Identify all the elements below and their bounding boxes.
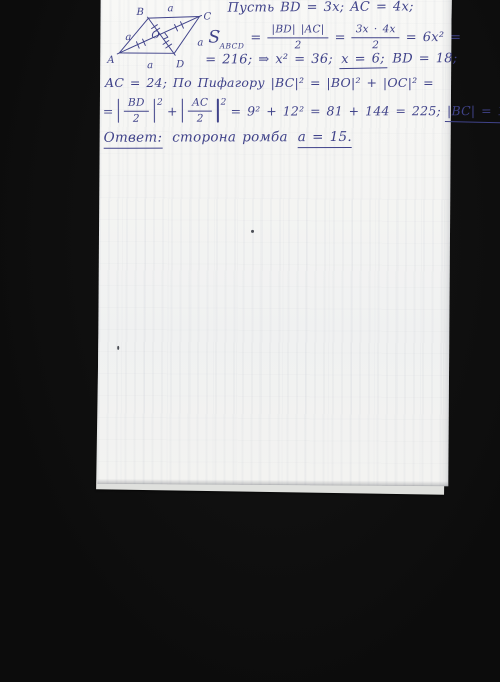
vertex-label-d: D <box>175 59 184 69</box>
equation-part: = 216; ⇒ x² = 36; <box>205 52 333 68</box>
plus-sign: + <box>167 103 178 118</box>
solution-line-computation: = BD 2 2 + AC 2 2 = 9² + 12² = 81 + 144 … <box>103 95 500 126</box>
side-label-left: a <box>125 32 131 43</box>
answer-line: Ответ: сторона ромба a = 15. <box>104 129 352 149</box>
fraction-numerator: 3x · 4x <box>352 24 400 38</box>
center-label-o: O <box>151 30 159 41</box>
abs-bar <box>118 99 119 123</box>
side-label-bottom: a <box>147 60 153 69</box>
area-result: = 6x² = <box>406 30 462 45</box>
exponent-2: 2 <box>221 98 227 108</box>
worksheet-paper: B C A D O a a a a Пусть BD = 3x; AC = 4x… <box>97 0 451 486</box>
fraction-denominator: 2 <box>372 38 379 51</box>
fraction-diagonals: |BD| |AC| 2 <box>268 24 329 50</box>
rhombus-diagram: B C A D O a a a a <box>106 0 212 70</box>
bc-result-underlined: |BC| = 15. <box>447 103 500 118</box>
side-label-top: a <box>168 3 174 14</box>
solution-line-given: Пусть BD = 3x; AC = 4x; <box>228 0 414 16</box>
tick-marks-oc <box>175 22 184 31</box>
fraction-denominator: 2 <box>133 111 140 124</box>
answer-text: сторона ромба <box>172 129 288 145</box>
vertex-label-a: A <box>106 55 114 66</box>
paper-texture <box>97 0 451 486</box>
fraction-denominator: 2 <box>197 111 204 124</box>
prime-mark: ′ <box>218 30 220 40</box>
abs-bar <box>182 99 183 123</box>
area-symbol: S′ABCD <box>208 27 245 47</box>
fraction-ac-half: AC 2 <box>188 98 212 124</box>
fraction-3x4x: 3x · 4x 2 <box>352 24 400 50</box>
solution-line-solve-x: = 216; ⇒ x² = 36; x = 6; BD = 18; <box>205 51 457 69</box>
exponent-2: 2 <box>157 98 163 108</box>
equals-sign: = <box>103 103 114 118</box>
arithmetic-part: = 9² + 12² = 81 + 144 = 225; <box>231 103 441 118</box>
x-value-underlined: x = 6; <box>339 51 387 69</box>
vertex-label-b: B <box>136 7 144 18</box>
side-label-right: a <box>197 37 203 48</box>
ink-speck <box>117 346 119 350</box>
abs-bar <box>154 99 155 123</box>
equals-sign: = <box>335 30 346 45</box>
ink-speck <box>251 230 254 233</box>
fraction-bd-half: BD 2 <box>124 98 149 124</box>
solution-line-area-formula: S′ABCD = |BD| |AC| 2 = 3x · 4x 2 = 6x² = <box>208 21 461 53</box>
scanned-photo: { "scene": { "background_color": "#0c0c0… <box>0 0 500 682</box>
answer-value: a = 15. <box>298 129 352 148</box>
fraction-numerator: |BD| |AC| <box>268 24 329 38</box>
fraction-numerator: AC <box>188 98 212 112</box>
right-angle-mark <box>163 33 168 39</box>
fraction-denominator: 2 <box>295 38 302 51</box>
fraction-numerator: BD <box>124 98 149 112</box>
answer-label: Ответ: <box>104 130 163 149</box>
area-subscript: ABCD <box>220 41 245 50</box>
bd-value: BD = 18; <box>392 51 457 66</box>
solution-line-pythagoras: AC = 24; По Пифагору |BC|² = |BO|² + |OC… <box>105 75 434 90</box>
equals-sign: = <box>250 30 261 45</box>
abs-bar <box>217 99 218 123</box>
